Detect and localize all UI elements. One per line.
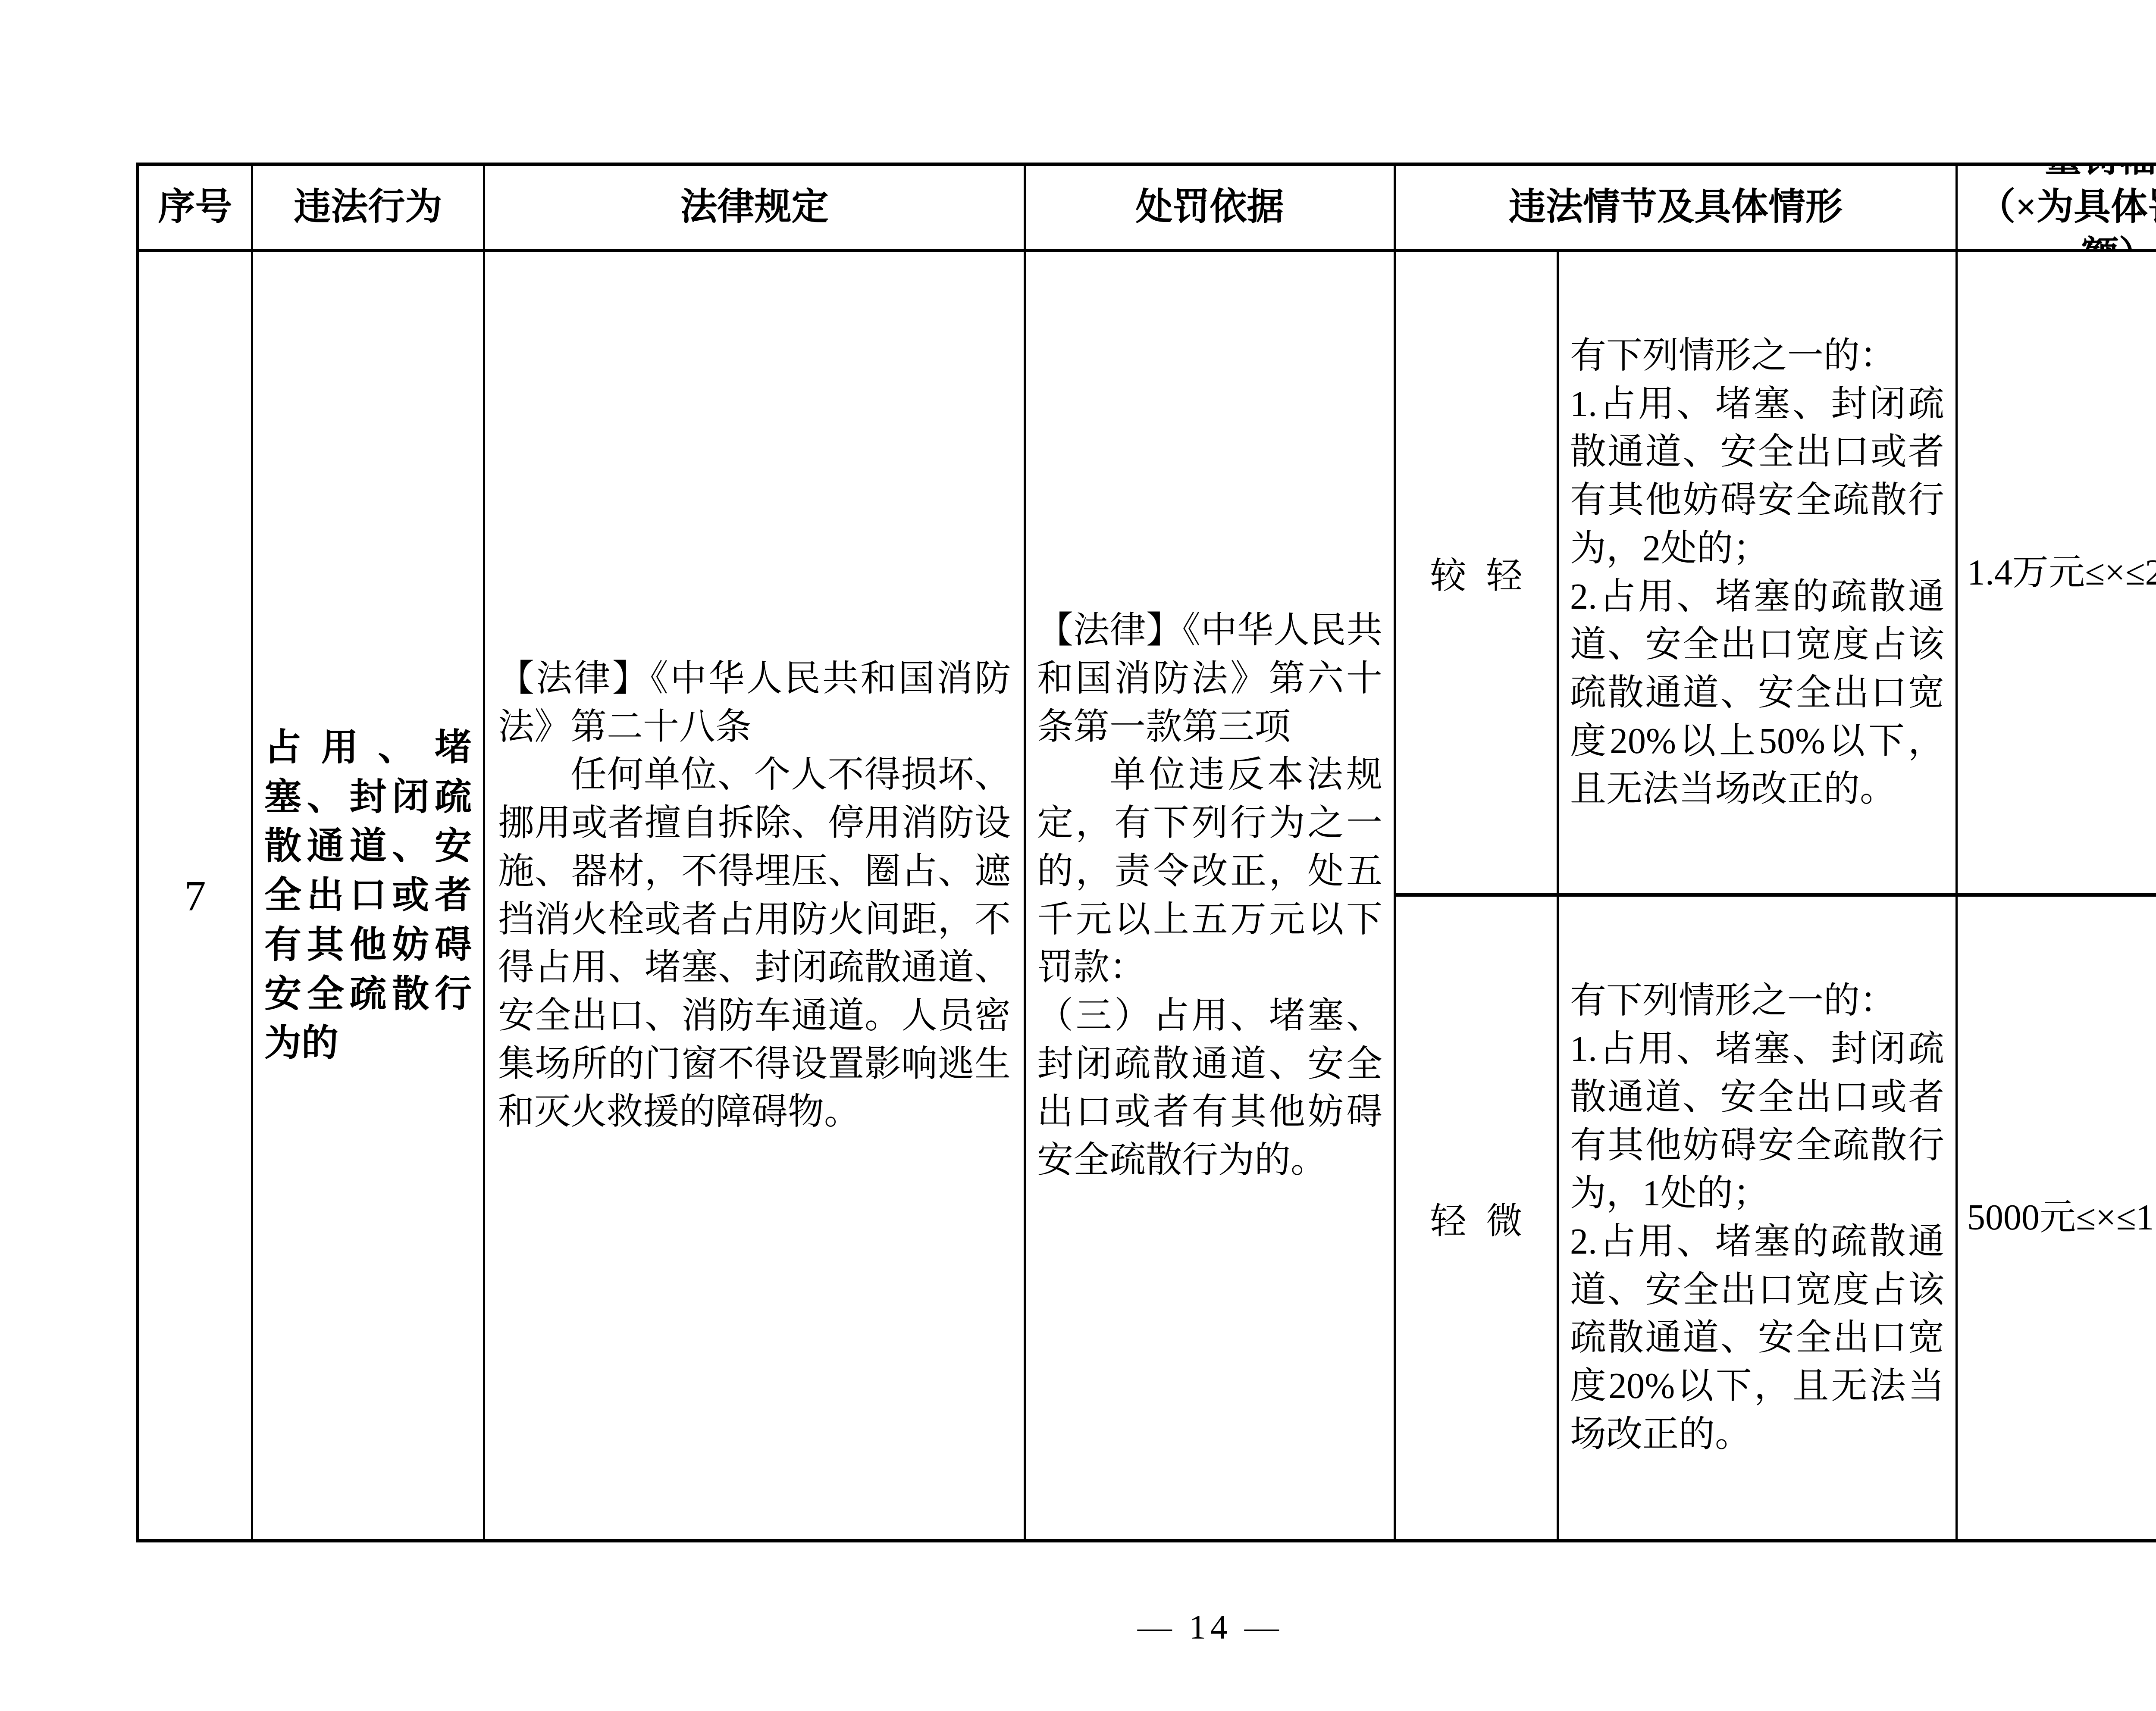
header-circumstances: 违法情节及具体情形 — [1396, 166, 1958, 252]
subrow-1-conditions-intro: 有下列情形之一的： — [1570, 332, 1944, 380]
header-penalty-range-line1: 量罚幅度 — [1958, 166, 2156, 183]
header-index-label: 序号 — [139, 183, 251, 231]
penalty-table: 序号 违法行为 法律规定 处罚依据 违法情节及具体情形 量罚幅度 （×为具体罚款… — [136, 163, 2156, 1542]
subrow-2-conditions-item-1: 1.占用、堵塞、封闭疏散通道、安全出口或者有其他妨碍安全疏散行为，1处的； — [1570, 1025, 1944, 1218]
header-index: 序号 — [139, 166, 253, 252]
page-number: — 14 — — [0, 1608, 2156, 1647]
penalty-basis-paragraph-3: （三）占用、堵塞、封闭疏散通道、安全出口或者有其他妨碍安全疏散行为的。 — [1037, 992, 1382, 1185]
subrow-2-conditions-cell: 有下列情形之一的： 1.占用、堵塞、封闭疏散通道、安全出口或者有其他妨碍安全疏散… — [1559, 897, 1958, 1539]
legal-provision-paragraph-1: 【法律】《中华人民共和国消防法》第二十八条 — [498, 655, 1011, 751]
subrow-2-penalty-range-value: 5000元≤×≤1.4万元 — [1967, 1193, 2156, 1242]
row-behavior-cell: 占用、堵塞、封闭疏散通道、安全出口或者有其他妨碍安全疏散行为的 — [253, 252, 485, 1539]
header-behavior-label: 违法行为 — [253, 183, 483, 231]
subrow-1-conditions-cell: 有下列情形之一的： 1.占用、堵塞、封闭疏散通道、安全出口或者有其他妨碍安全疏散… — [1559, 252, 1958, 897]
header-penalty-range: 量罚幅度 （×为具体罚款金额） — [1958, 166, 2156, 252]
legal-provision-paragraph-2: 任何单位、个人不得损坏、挪用或者擅自拆除、停用消防设施、器材，不得埋压、圈占、遮… — [498, 751, 1011, 1136]
subrow-1-penalty-range-value: 1.4万元≤×≤2.3万元 — [1967, 548, 2156, 597]
penalty-basis-paragraph-2: 单位违反本法规定，有下列行为之一的，责令改正，处五千元以上五万元以下罚款： — [1037, 751, 1382, 992]
header-circumstances-label: 违法情节及具体情形 — [1396, 183, 1955, 231]
subrow-2-severity-cell: 轻微 — [1396, 897, 1559, 1539]
penalty-basis-paragraph-1: 【法律】《中华人民共和国消防法》第六十条第一款第三项 — [1037, 607, 1382, 751]
subrow-1-severity-cell: 较轻 — [1396, 252, 1559, 897]
subrow-2-penalty-range-cell: 5000元≤×≤1.4万元 — [1958, 897, 2156, 1539]
header-legal-provision: 法律规定 — [485, 166, 1026, 252]
row-legal-provision-cell: 【法律】《中华人民共和国消防法》第二十八条 任何单位、个人不得损坏、挪用或者擅自… — [485, 252, 1026, 1539]
subrow-2-conditions-intro: 有下列情形之一的： — [1570, 977, 1944, 1025]
subrow-2-conditions-item-2: 2.占用、堵塞的疏散通道、安全出口宽度占该疏散通道、安全出口宽度20%以下，且无… — [1570, 1218, 1944, 1459]
row-index-cell: 7 — [139, 252, 253, 1539]
header-legal-provision-label: 法律规定 — [485, 183, 1024, 231]
header-penalty-basis-label: 处罚依据 — [1026, 183, 1394, 231]
header-penalty-range-line2: （×为具体罚款金额） — [1958, 183, 2156, 252]
subrow-1-conditions-item-2: 2.占用、堵塞的疏散通道、安全出口宽度占该疏散通道、安全出口宽度20%以上50%… — [1570, 573, 1944, 814]
subrow-1-penalty-range-cell: 1.4万元≤×≤2.3万元 — [1958, 252, 2156, 897]
row-behavior-text: 占用、堵塞、封闭疏散通道、安全出口或者有其他妨碍安全疏散行为的 — [264, 723, 472, 1068]
header-penalty-basis: 处罚依据 — [1026, 166, 1396, 252]
header-behavior: 违法行为 — [253, 166, 485, 252]
row-index-value: 7 — [139, 871, 251, 920]
subrow-1-conditions-item-1: 1.占用、堵塞、封闭疏散通道、安全出口或者有其他妨碍安全疏散行为，2处的； — [1570, 380, 1944, 573]
row-penalty-basis-cell: 【法律】《中华人民共和国消防法》第六十条第一款第三项 单位违反本法规定，有下列行… — [1026, 252, 1396, 1539]
subrow-2-severity-label: 轻微 — [1396, 1192, 1557, 1244]
subrow-1-severity-label: 较轻 — [1396, 547, 1557, 599]
